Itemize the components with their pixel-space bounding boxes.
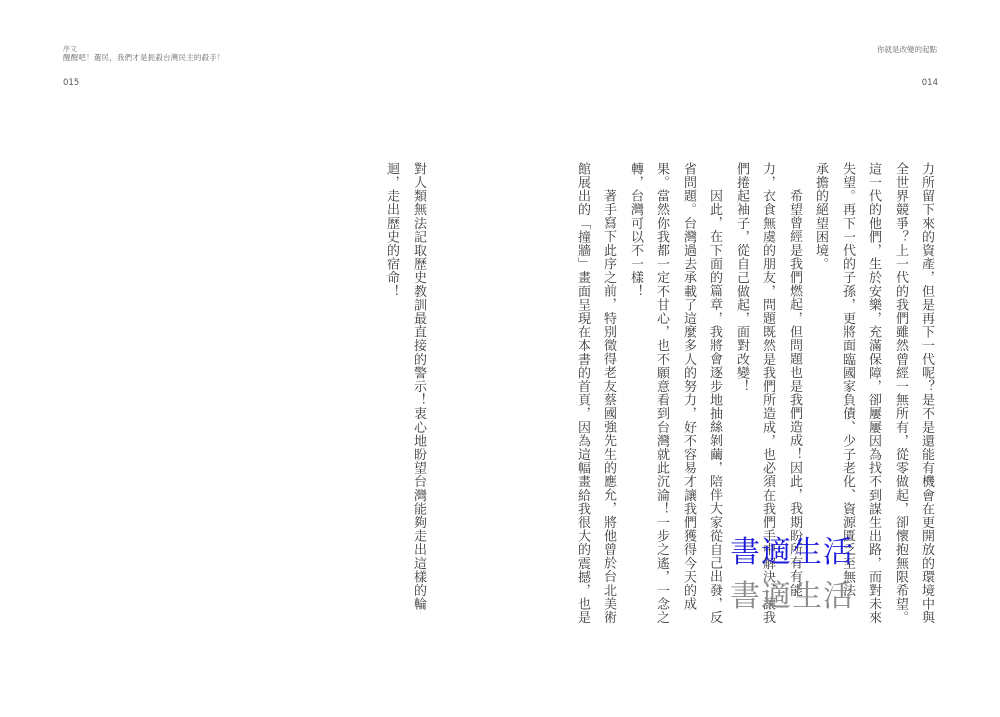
text-column: 對人類無法記取歷史教訓最直接的警示！衷心地盼望台灣能夠走出這樣的輪 <box>409 162 425 611</box>
text-column: 館展出的「撞牆」畫面呈現在本書的首頁，因為這幅畫給我很大的震撼，也是 <box>573 162 589 624</box>
text-column: 們捲起袖子，從自己做起，面對改變！ <box>732 162 748 393</box>
text-column: 著手寫下此序之前，特別徵得老友蔡國強先生的應允，將他曾於台北美術 <box>599 162 615 624</box>
running-title-right: 你就是改變的起點 <box>877 44 937 55</box>
text-column: 失望。再下一代的子孫，更將面臨國家負債、少子老化、資源匱乏至無法 <box>838 162 854 597</box>
text-column: 希望曾經是我們燃起，但問題也是我們造成！因此，我期盼所有有能 <box>785 162 801 597</box>
watermark-gray: 書適生活 <box>730 581 854 613</box>
watermark-blue: 書適生活 <box>730 537 854 569</box>
text-column: 果。當然你我都一定不甘心，也不願意看到台灣就此沉淪！一步之遙，一念之 <box>652 162 668 624</box>
running-title-left: 醒醒吧！選民，我們才是扼殺台灣民主的殺手！ <box>63 52 225 63</box>
text-column: 力所留下來的資產，但是再下一代呢？是不是還能有機會在更開放的環境中與 <box>917 162 933 624</box>
text-column: 承擔的絕望困境。 <box>811 162 827 271</box>
text-column: 因此，在下面的篇章，我將會逐步地抽絲剝繭，陪伴大家從自己出發，反 <box>705 162 721 624</box>
text-column: 全世界競爭？上一代的我們雖然曾經一無所有，從零做起，卻懷抱無限希望。 <box>891 162 907 624</box>
page-number-right: 014 <box>922 78 938 88</box>
text-column: 轉，台灣可以不一樣！ <box>626 162 642 298</box>
text-column: 這一代的他們，生於安樂，充滿保障，卻屢屢因為找不到謀生出路，而對未來 <box>864 162 880 624</box>
page-number-left: 015 <box>63 78 79 88</box>
text-column: 省問題。台灣過去承載了這麼多人的努力，好不容易才讓我們獲得今天的成 <box>679 162 695 611</box>
text-column: 迴，走出歷史的宿命！ <box>382 162 398 298</box>
